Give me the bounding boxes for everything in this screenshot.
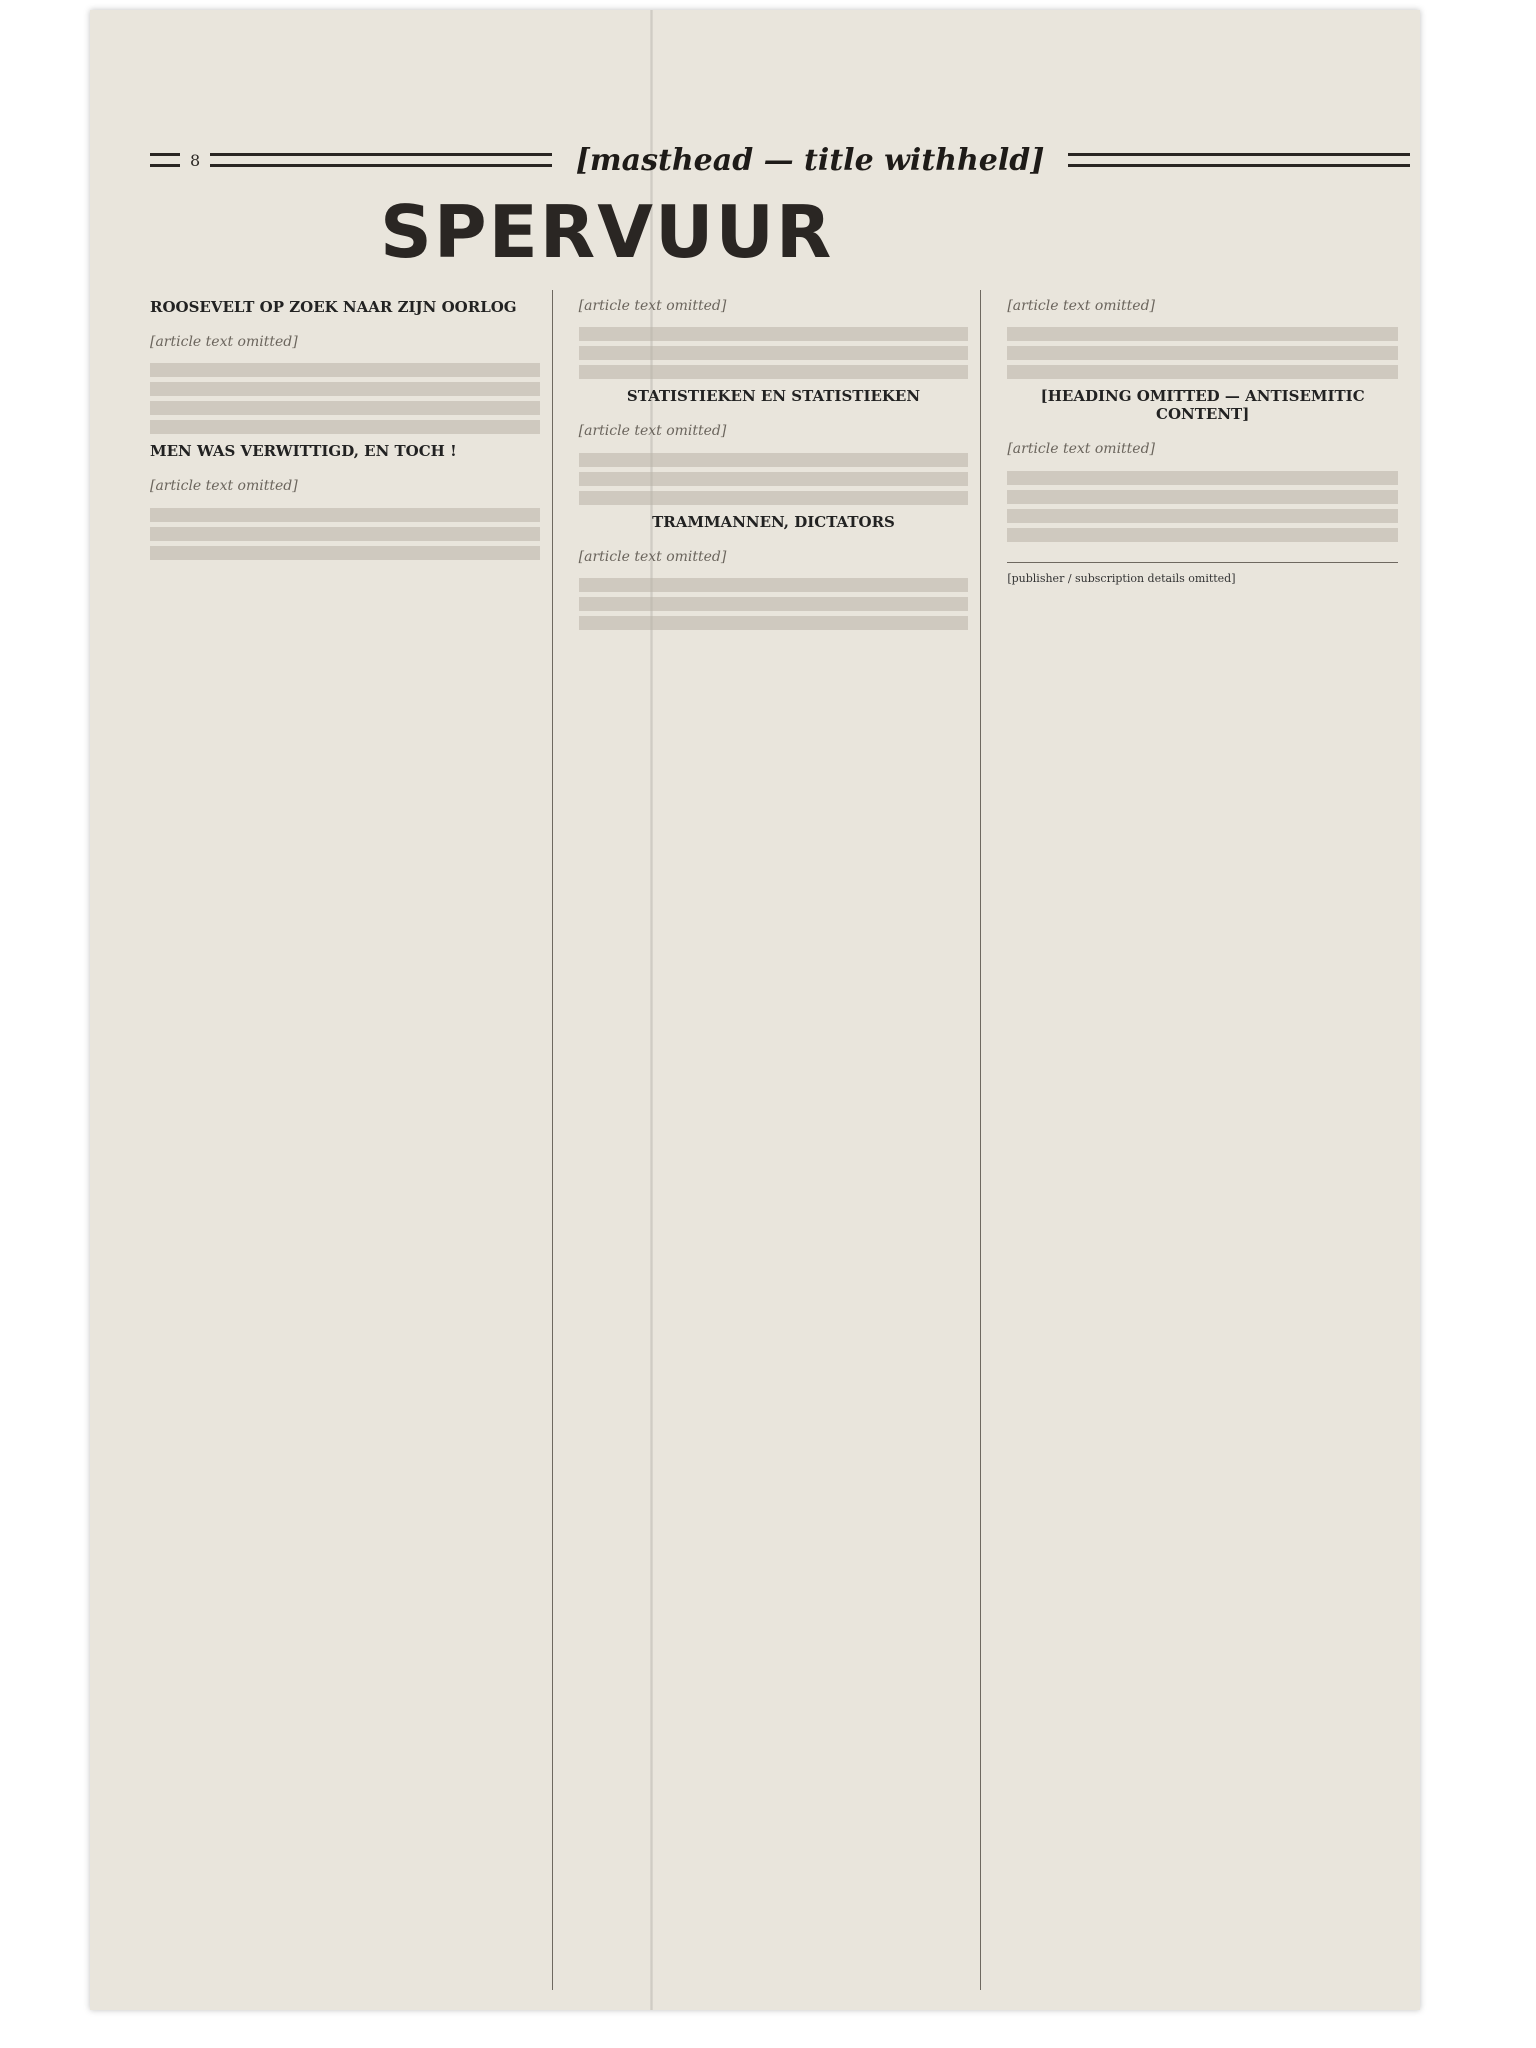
section-heading: Roosevelt op zoek naar zijn oorlog [150, 298, 540, 316]
masthead-rule-right [1068, 153, 1410, 167]
column-1: Roosevelt op zoek naar zijn oorlog [arti… [150, 290, 553, 1990]
section-heading: Men was verwittigd, en toch ! [150, 442, 540, 460]
article-body: [article text omitted] [579, 290, 969, 322]
article-body: [article text omitted] [150, 470, 540, 502]
colophon: [publisher / subscription details omitte… [1007, 562, 1398, 586]
section-heading: [heading omitted — antisemitic content] [1007, 387, 1398, 423]
article-body: [article text omitted] [1007, 290, 1398, 322]
article-body: [article text omitted] [579, 541, 969, 573]
masthead-rule-left-short [150, 153, 180, 167]
section-heading: Statistieken en statistieken [579, 387, 969, 405]
column-2: [article text omitted] Statistieken en s… [579, 290, 982, 1990]
column-3: [article text omitted] [heading omitted … [1007, 290, 1410, 1990]
masthead-rule-left [210, 153, 552, 167]
article-columns: Roosevelt op zoek naar zijn oorlog [arti… [150, 290, 1410, 1990]
page-number: 8 [190, 151, 200, 170]
article-body: [article text omitted] [150, 326, 540, 358]
masthead-title: [masthead — title withheld] [576, 143, 1045, 178]
page-headline: SPERVUUR [380, 190, 833, 274]
section-heading: Trammannen, dictators [579, 513, 969, 531]
article-body: [article text omitted] [1007, 433, 1398, 465]
masthead: 8 [masthead — title withheld] [150, 140, 1410, 180]
article-body: [article text omitted] [579, 415, 969, 447]
